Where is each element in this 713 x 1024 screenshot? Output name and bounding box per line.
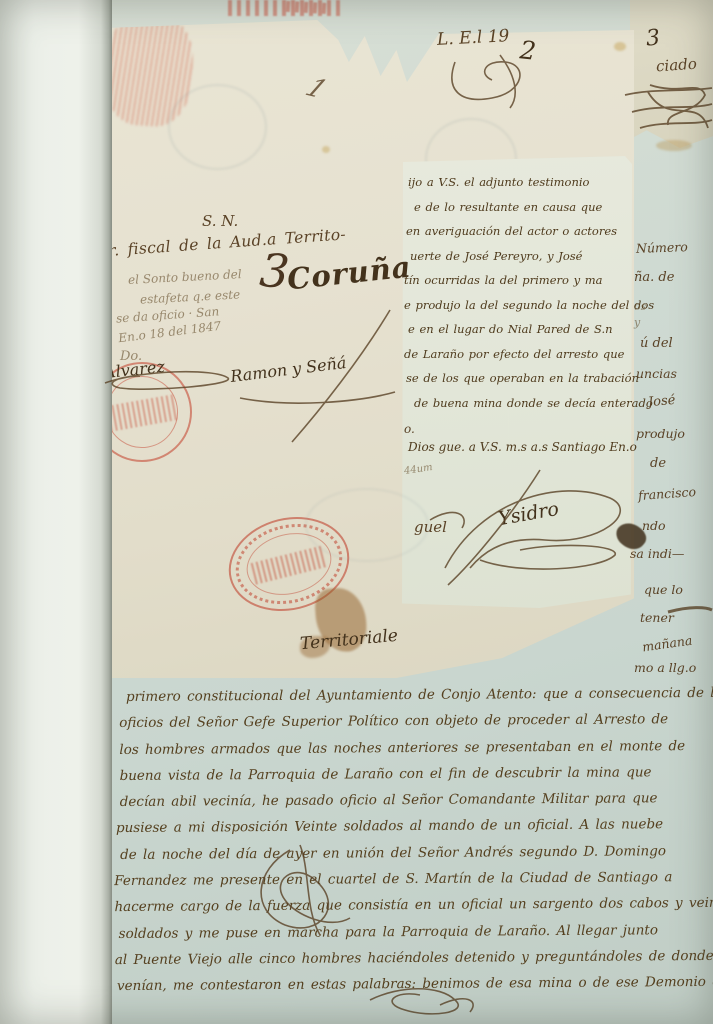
report-line: al Puente Viejo alle cinco hombres hacié…	[113, 943, 713, 973]
testimony-text: ijo a V.S. el adjunto testimonio e de lo…	[404, 170, 630, 415]
testimony-line: e en el lugar do Nial Pared de S.n	[404, 317, 630, 342]
testimony-line: tín ocurridas la del primero y ma	[404, 268, 630, 293]
foxing-spot	[322, 146, 330, 153]
margin-fragment: de	[650, 456, 666, 471]
foxing-spot	[656, 140, 692, 151]
margin-fragment: José	[647, 393, 676, 410]
report-line: Fernandez me presente en el cuartel de S…	[112, 864, 713, 894]
margin-fragment: uncias	[636, 366, 677, 381]
report-line: oficios del Señor Gefe Superior Político…	[111, 706, 712, 736]
testimony-signature: guel	[414, 518, 447, 536]
margin-fragment: ndo	[642, 518, 666, 533]
margin-fragment: os	[634, 300, 646, 313]
postmark-top-fragment	[286, 1, 331, 14]
watermark-ring	[305, 488, 429, 562]
testimony-line: uerte de José Pereyro, y José	[404, 244, 630, 269]
margin-fragment: produjo	[636, 426, 685, 441]
report-line: primero constitucional del Ayuntamiento …	[111, 680, 712, 710]
fragment-word: ciado	[655, 55, 697, 76]
docket-number: 2	[519, 35, 538, 66]
report-line: los hombres armados que las noches anter…	[111, 732, 712, 762]
report-line: soldados y me puse en marcha para la Par…	[113, 917, 713, 947]
testimony-close: o.	[404, 422, 415, 436]
testimony-line: e de lo resultante en causa que	[404, 195, 630, 220]
valediction-line: Dios gue. a V.S. m.s a.s Santiago En.o	[408, 440, 637, 454]
report-line: buena vista de la Parroquia de Laraño co…	[111, 759, 712, 789]
testimony-line: ijo a V.S. el adjunto testimonio	[404, 170, 630, 195]
report-line: venían, me contestaron en estas palabras…	[113, 969, 713, 999]
testimony-line: en averiguación del actor o actores	[404, 219, 630, 244]
testimony-line: de buena mina donde se decía enterado	[404, 391, 630, 416]
report-line: de la noche del día de ayer en unión del…	[112, 838, 713, 868]
report-line: pusiese a mi disposición Veinte soldados…	[112, 811, 713, 841]
margin-fragment: mo a llg.o	[634, 660, 696, 675]
margin-fragment: tener	[640, 610, 674, 625]
margin-fragment: ña. de	[634, 270, 674, 285]
testimony-line: se de los que operaban en la trabación	[404, 366, 630, 391]
margin-fragment: sa indi—	[630, 546, 684, 561]
watermark-ring	[168, 84, 267, 170]
margin-fragment: Número	[636, 239, 688, 256]
report-text: primero constitucional del Ayuntamiento …	[111, 680, 713, 1000]
margin-fragment: que lo	[644, 582, 683, 597]
margin-fragment: ú del	[640, 336, 673, 351]
folded-blank-page	[0, 0, 112, 1024]
report-line: decían abil vecinía, he pasado oficio al…	[112, 785, 713, 815]
testimony-line: e produjo la del segundo la noche del do…	[404, 293, 630, 318]
fragment-number: 3	[645, 25, 661, 51]
report-line: hacerme cargo de la fuerza que consistía…	[112, 890, 713, 920]
docket-note: L. E.l 19	[437, 26, 510, 50]
cover-salutation: S. N.	[202, 212, 238, 230]
manuscript-scan: 3 ciado L. E.l 19 2 1 S. N. Sr. fiscal d…	[0, 0, 713, 1024]
margin-fragment: y	[634, 316, 640, 329]
foxing-spot	[614, 42, 626, 51]
testimony-line: de Laraño por efecto del arresto que	[404, 342, 630, 367]
